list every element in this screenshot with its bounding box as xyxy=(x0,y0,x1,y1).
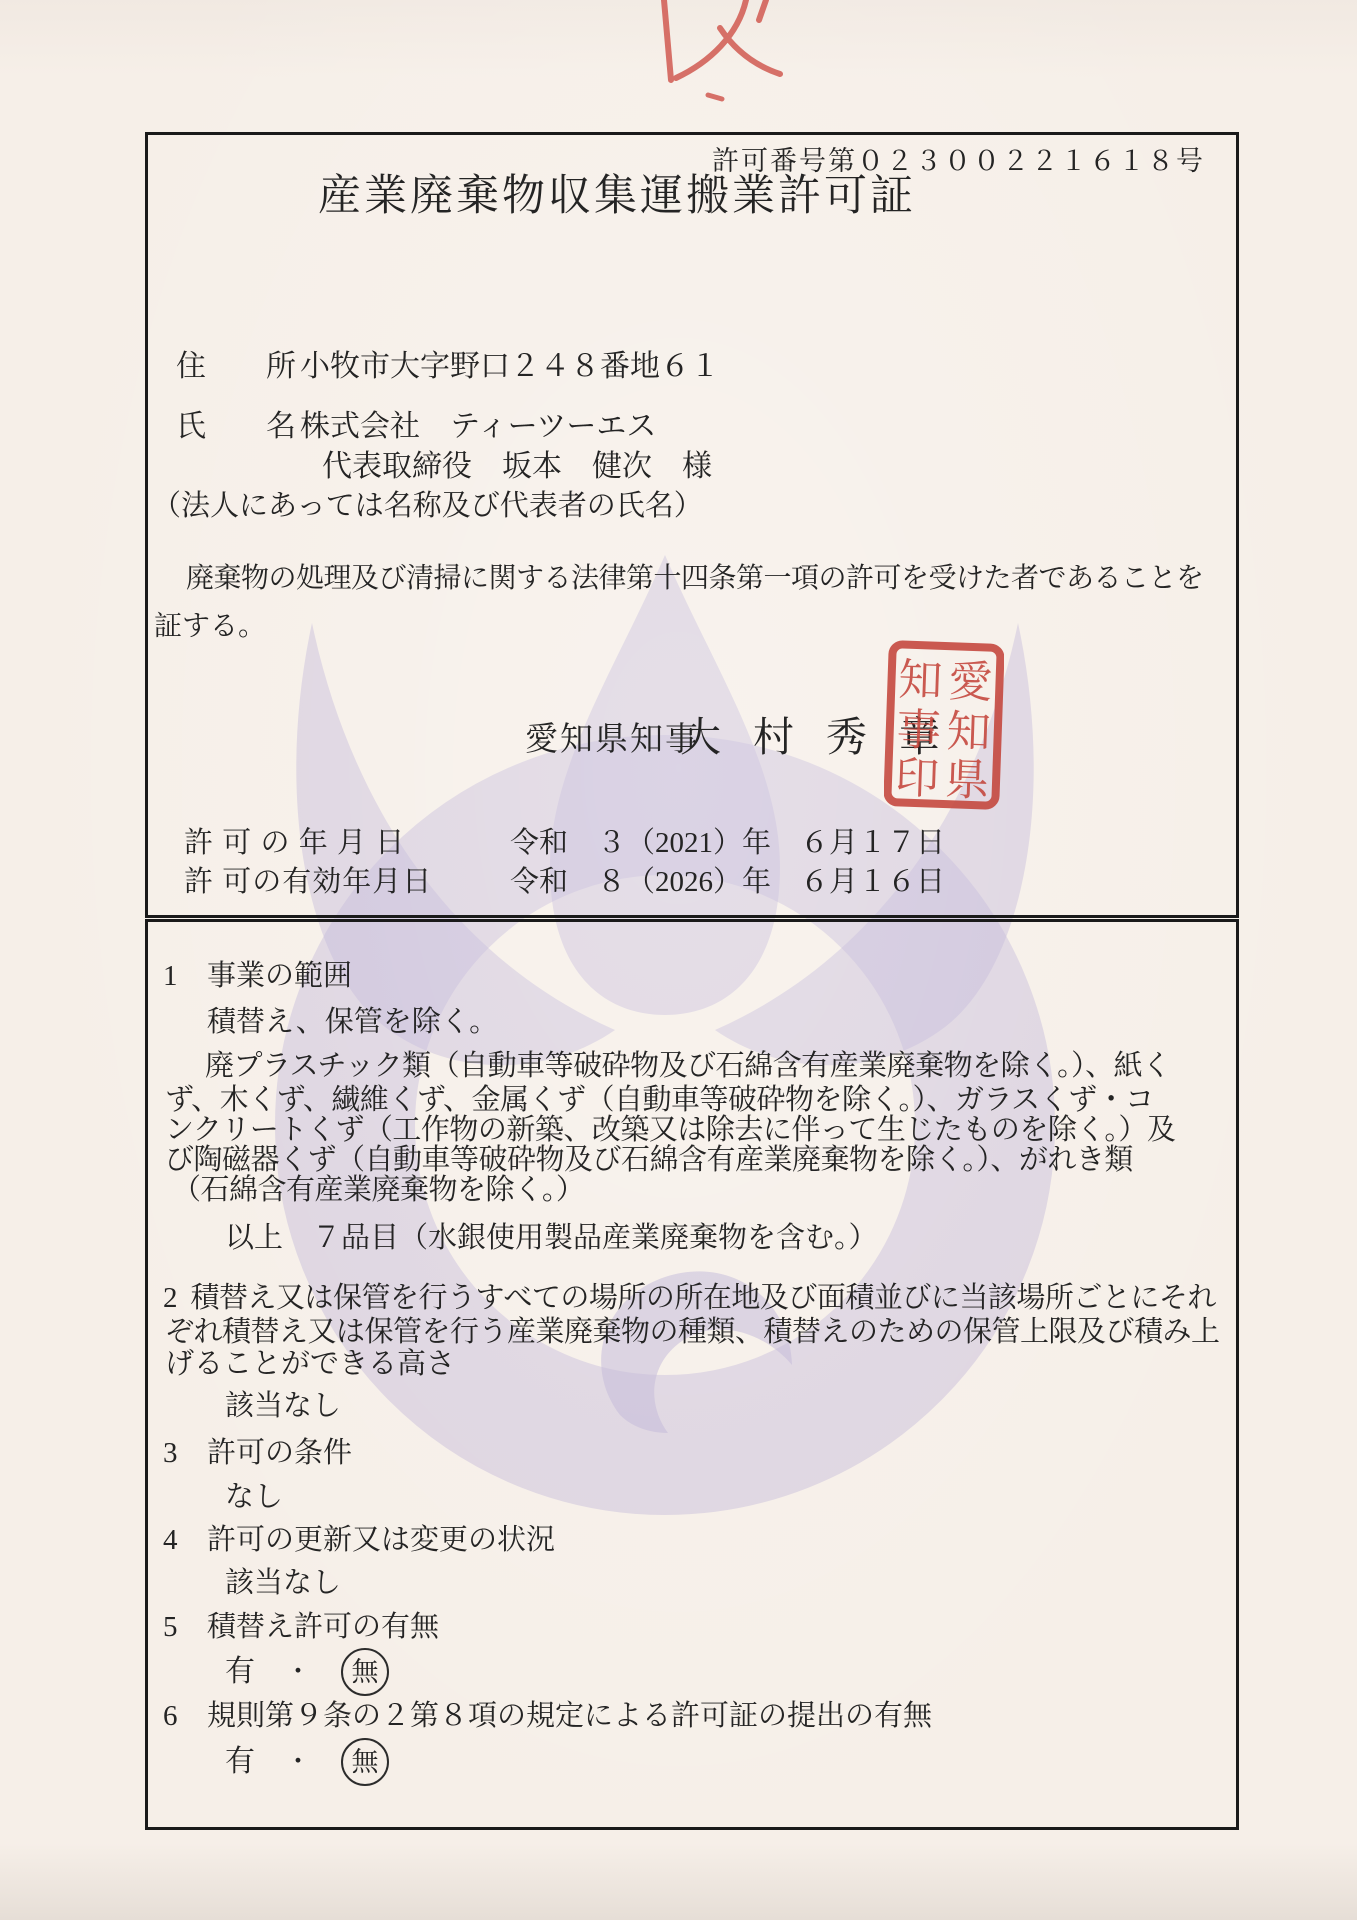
section6-heading: 規則第９条の２第８項の規定による許可証の提出の有無 xyxy=(207,1700,932,1733)
separator-dot: ・ xyxy=(285,1747,311,1777)
selected-option-no-circled: 無 xyxy=(341,1648,389,1696)
section5-number: 5 xyxy=(163,1611,178,1644)
section2-answer: 該当なし xyxy=(225,1390,341,1423)
section4-answer: 該当なし xyxy=(225,1567,341,1600)
certification-text-line1: 廃棄物の処理及び清掃に関する法律第十四条第一項の許可を受けた者であることを xyxy=(186,563,1204,595)
section5-heading: 積替え許可の有無 xyxy=(207,1611,439,1644)
company-name: 株式会社 ティーツーエス xyxy=(300,410,656,445)
section3-number: 3 xyxy=(163,1437,178,1470)
section1-paragraph-line: ンクリートくず（工作物の新築、改築又は除去に伴って生じたものを除く。）及 xyxy=(165,1114,1175,1147)
section2-line3: げることができる高さ xyxy=(165,1348,455,1381)
seal-char: 知 xyxy=(898,655,944,706)
document-title: 産業廃棄物収集運搬業許可証 xyxy=(318,172,916,221)
seal-char: 事 xyxy=(896,705,942,756)
seal-char: 県 xyxy=(944,755,990,806)
section1-paragraph-line: （石綿含有産業廃棄物を除く。） xyxy=(172,1174,584,1207)
option-yes: 有 xyxy=(225,1745,255,1780)
option-yes: 有 xyxy=(225,1655,255,1690)
section6-yes-no-row: 有 ・ 無 xyxy=(225,1736,389,1788)
section1-note: 積替え、保管を除く。 xyxy=(207,1006,498,1039)
section2-line2: ぞれ積替え又は保管を行う産業廃棄物の種類、積替えのための保管上限及び積み上 xyxy=(165,1316,1220,1349)
corporate-note: （法人にあっては名称及び代表者の氏名） xyxy=(152,490,703,523)
valid-date-value: 令和 ８（2026）年 ６月１６日 xyxy=(510,866,945,899)
seal-char: 印 xyxy=(894,753,940,804)
section2-heading-line: 積替え又は保管を行うすべての場所の所在地及び面積並びに当該場所ごとにそれ xyxy=(191,1282,1216,1314)
section1-number: 1 xyxy=(163,960,178,993)
issue-date-label: 許 可 の 年 月 日 xyxy=(184,827,405,860)
certification-text-line2: 証する。 xyxy=(154,611,266,643)
governor-title: 愛知県知事 xyxy=(525,722,700,760)
section1-paragraph-line: ず、木くず、繊維くず、金属くず（自動車等破砕物を除く。）、ガラスくず・コ xyxy=(165,1084,1154,1117)
address-label: 住 所 xyxy=(176,350,296,385)
selected-option-no-circled: 無 xyxy=(341,1738,389,1786)
section1-paragraph-line: 廃プラスチック類（自動車等破砕物及び石綿含有産業廃棄物を除く。）、紙く xyxy=(205,1050,1171,1083)
section1-paragraph-line: び陶磁器くず（自動車等破砕物及び石綿含有産業廃棄物を除く。）、がれき類 xyxy=(165,1144,1133,1177)
section4-heading: 許可の更新又は変更の状況 xyxy=(207,1524,555,1557)
top-red-stamp-icon xyxy=(648,0,788,105)
section1-heading: 事業の範囲 xyxy=(207,960,352,993)
valid-date-label: 許 可の有効年月日 xyxy=(184,866,432,899)
section3-heading: 許可の条件 xyxy=(207,1437,352,1470)
section2-line1: 2 積替え又は保管を行うすべての場所の所在地及び面積並びに当該場所ごとにそれ xyxy=(163,1282,1216,1315)
section5-yes-no-row: 有 ・ 無 xyxy=(225,1646,389,1698)
governor-seal-icon: 愛 知 県 知 事 印 xyxy=(884,640,1004,810)
representative-name: 代表取締役 坂本 健次 様 xyxy=(322,450,712,485)
seal-char: 知 xyxy=(946,707,992,758)
section2-number: 2 xyxy=(163,1282,177,1314)
name-label: 氏 名 xyxy=(176,410,296,445)
seal-char: 愛 xyxy=(948,657,994,708)
permit-main-box xyxy=(145,132,1239,918)
section1-total: 以上 ７品目（水銀使用製品産業廃棄物を含む。） xyxy=(225,1222,878,1255)
issue-date-value: 令和 ３（2021）年 ６月１７日 xyxy=(510,827,945,860)
section4-number: 4 xyxy=(163,1524,178,1557)
section3-answer: なし xyxy=(225,1481,283,1514)
separator-dot: ・ xyxy=(285,1657,311,1687)
address-value: 小牧市大字野口２４８番地６１ xyxy=(300,350,720,385)
section6-number: 6 xyxy=(163,1700,178,1733)
